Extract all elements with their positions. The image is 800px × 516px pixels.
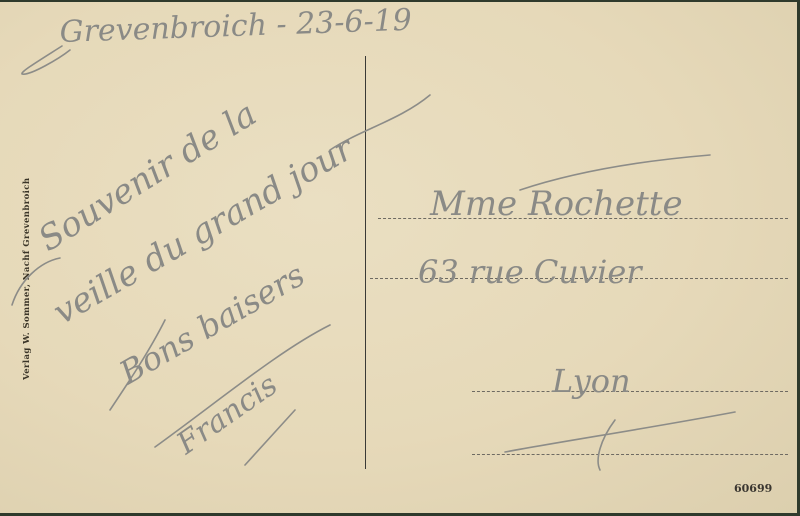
address-handwriting: Mme Rochette 63 rue Cuvier Lyon: [418, 155, 735, 470]
place-date-handwriting: Grevenbroich - 23-6-19: [22, 3, 413, 74]
signature-text: Francis: [170, 367, 284, 462]
address-recipient: Mme Rochette: [429, 184, 683, 224]
pencil-handwriting: Grevenbroich - 23-6-19 Souvenir de la ve…: [0, 0, 800, 516]
address-city: Lyon: [551, 362, 631, 400]
address-street: 63 rue Cuvier: [418, 253, 643, 291]
message-handwriting: Souvenir de la veille du grand jour Bons…: [12, 94, 430, 410]
place-date-text: Grevenbroich - 23-6-19: [59, 3, 412, 50]
